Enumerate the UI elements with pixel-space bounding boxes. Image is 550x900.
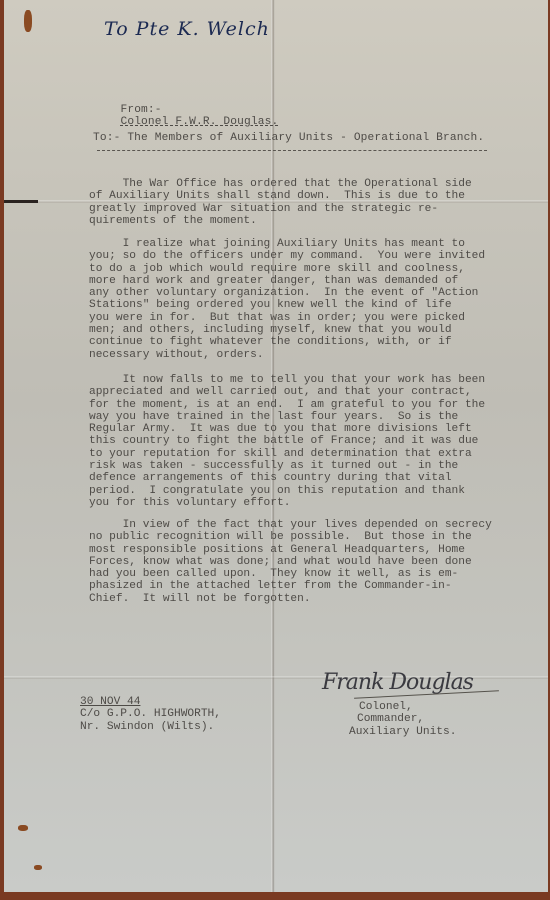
text-line: men; and others, including myself, knew …	[89, 324, 529, 336]
letter-paper: To Pte K. Welch From:- Colonel F.W.R. Do…	[4, 0, 548, 892]
signatory-title: Commander,	[349, 713, 509, 725]
text-line: The War Office has ordered that the Oper…	[89, 178, 529, 190]
rust-stain	[18, 825, 28, 831]
text-line: way you have trained in the last four ye…	[89, 411, 529, 423]
text-line: had you been called upon. They know it w…	[89, 568, 529, 580]
date: 30 NOV 44	[80, 696, 260, 708]
to-line: To:- The Members of Auxiliary Units - Op…	[93, 132, 484, 144]
from-name: Colonel F.W.R. Douglas.	[120, 116, 278, 128]
text-line: Stations" being ordered you knew well th…	[89, 299, 529, 311]
rust-stain	[34, 865, 42, 870]
text-line: for the moment, is at an end. I am grate…	[89, 399, 529, 411]
text-line: most responsible positions at General He…	[89, 544, 529, 556]
text-line: no public recognition will be possible. …	[89, 531, 529, 543]
paragraph-4: In view of the fact that your lives depe…	[89, 519, 529, 605]
text-line: you were in for. But that was in order; …	[89, 312, 529, 324]
text-line: to do a job which would require more ski…	[89, 263, 529, 275]
text-line: I realize what joining Auxiliary Units h…	[89, 238, 529, 250]
signature: Frank Douglas	[322, 670, 473, 695]
text-line: you for this voluntary effort.	[89, 497, 529, 509]
paragraph-2: I realize what joining Auxiliary Units h…	[89, 238, 529, 361]
text-line: to your reputation for skill and determi…	[89, 448, 529, 460]
text-line: risk was taken - successfully as it turn…	[89, 460, 529, 472]
text-line: more hard work and greater danger, than …	[89, 275, 529, 287]
text-line: any other voluntary organization. In the…	[89, 287, 529, 299]
dashed-rule	[97, 150, 487, 151]
text-line: In view of the fact that your lives depe…	[89, 519, 529, 531]
text-line: appreciated and well carried out, and th…	[89, 386, 529, 398]
from-label: From:-	[120, 104, 161, 116]
date-address-block: 30 NOV 44 C/o G.P.O. HIGHWORTH, Nr. Swin…	[80, 696, 260, 733]
address-line: C/o G.P.O. HIGHWORTH,	[80, 708, 260, 720]
handwritten-addressee: To Pte K. Welch	[104, 18, 270, 40]
text-line: this country to fight the battle of Fran…	[89, 435, 529, 447]
signatory-unit: Auxiliary Units.	[349, 726, 509, 738]
text-line: greatly improved War situation and the s…	[89, 203, 529, 215]
text-line: It now falls to me to tell you that your…	[89, 374, 529, 386]
text-line: Regular Army. It was due to you that mor…	[89, 423, 529, 435]
text-line: phasized in the attached letter from the…	[89, 580, 529, 592]
signatory-rank: Colonel,	[349, 701, 509, 713]
text-line: Chief. It will not be forgotten.	[89, 593, 529, 605]
paragraph-3: It now falls to me to tell you that your…	[89, 374, 529, 509]
address-line: Nr. Swindon (Wilts).	[80, 721, 260, 733]
text-line: Forces, know what was done; and what wou…	[89, 556, 529, 568]
text-line: of Auxiliary Units shall stand down. Thi…	[89, 190, 529, 202]
tear-mark	[4, 200, 38, 203]
text-line: quirements of the moment.	[89, 215, 529, 227]
rust-stain	[24, 10, 32, 32]
text-line: necessary without, orders.	[89, 349, 529, 361]
paragraph-1: The War Office has ordered that the Oper…	[89, 178, 529, 227]
signatory-block: Colonel, Commander, Auxiliary Units.	[349, 701, 509, 738]
text-line: period. I congratulate you on this reput…	[89, 485, 529, 497]
text-line: you; so do the officers under my command…	[89, 250, 529, 262]
text-line: continue to fight whatever the condition…	[89, 336, 529, 348]
text-line: defence arrangements of this country dur…	[89, 472, 529, 484]
